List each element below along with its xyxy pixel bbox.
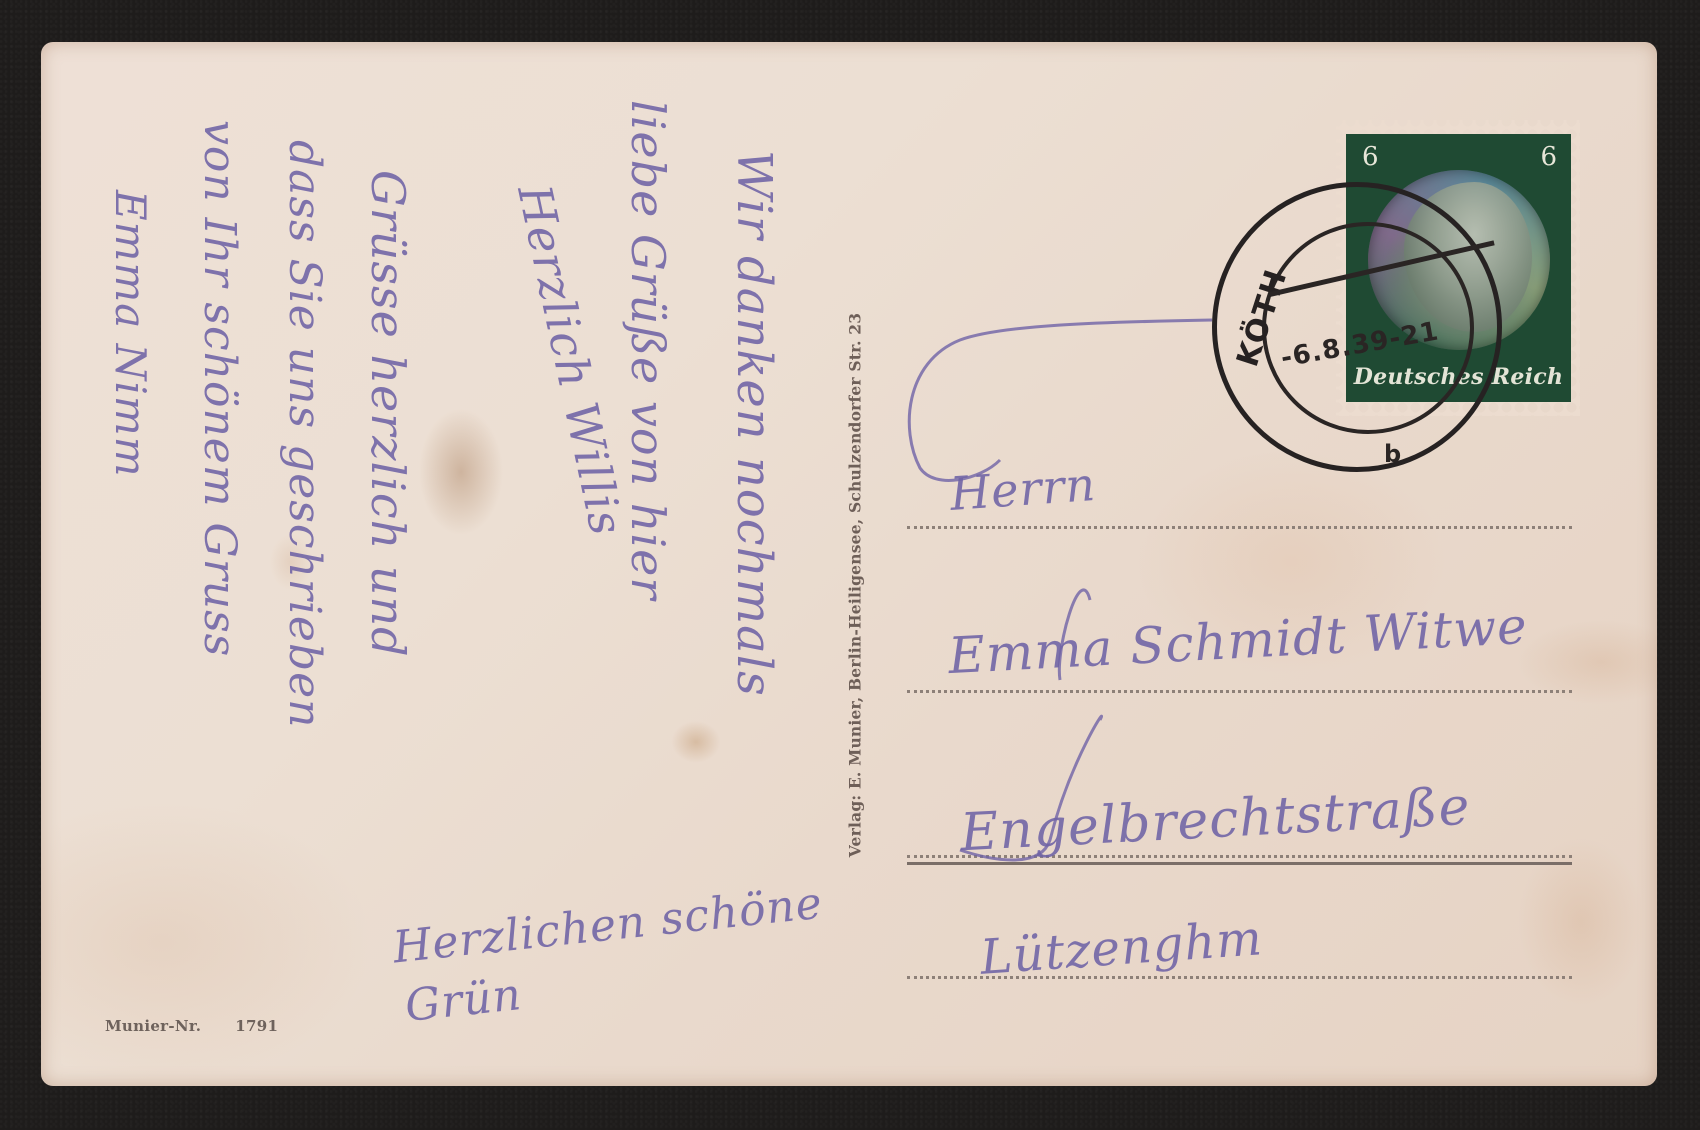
stamp-value-left: 6: [1362, 142, 1379, 172]
message-line-6: von Ihr schönem Gruss: [194, 120, 245, 657]
message-line-7: Emma Nimm: [106, 190, 155, 478]
publisher-credit: Verlag: E. Munier, Berlin-Heiligensee, S…: [846, 313, 865, 857]
message-line-1: Wir danken nochmals: [726, 150, 782, 697]
catalog-label: Munier-Nr.: [105, 1017, 201, 1035]
stamp-value-right: 6: [1540, 142, 1557, 172]
catalog-number: Munier-Nr.1791: [105, 1017, 278, 1035]
address-line-2: [907, 690, 1572, 693]
catalog-value: 1791: [235, 1017, 278, 1035]
address-underline: [907, 862, 1572, 865]
address-salutation: Herrn: [948, 457, 1097, 521]
message-line-5: dass Sie uns geschrieben: [279, 140, 330, 728]
address-line-1: [907, 526, 1572, 529]
message-line-4: Grüsse herzlich und: [361, 170, 415, 658]
postmark-code: b: [1384, 440, 1401, 468]
